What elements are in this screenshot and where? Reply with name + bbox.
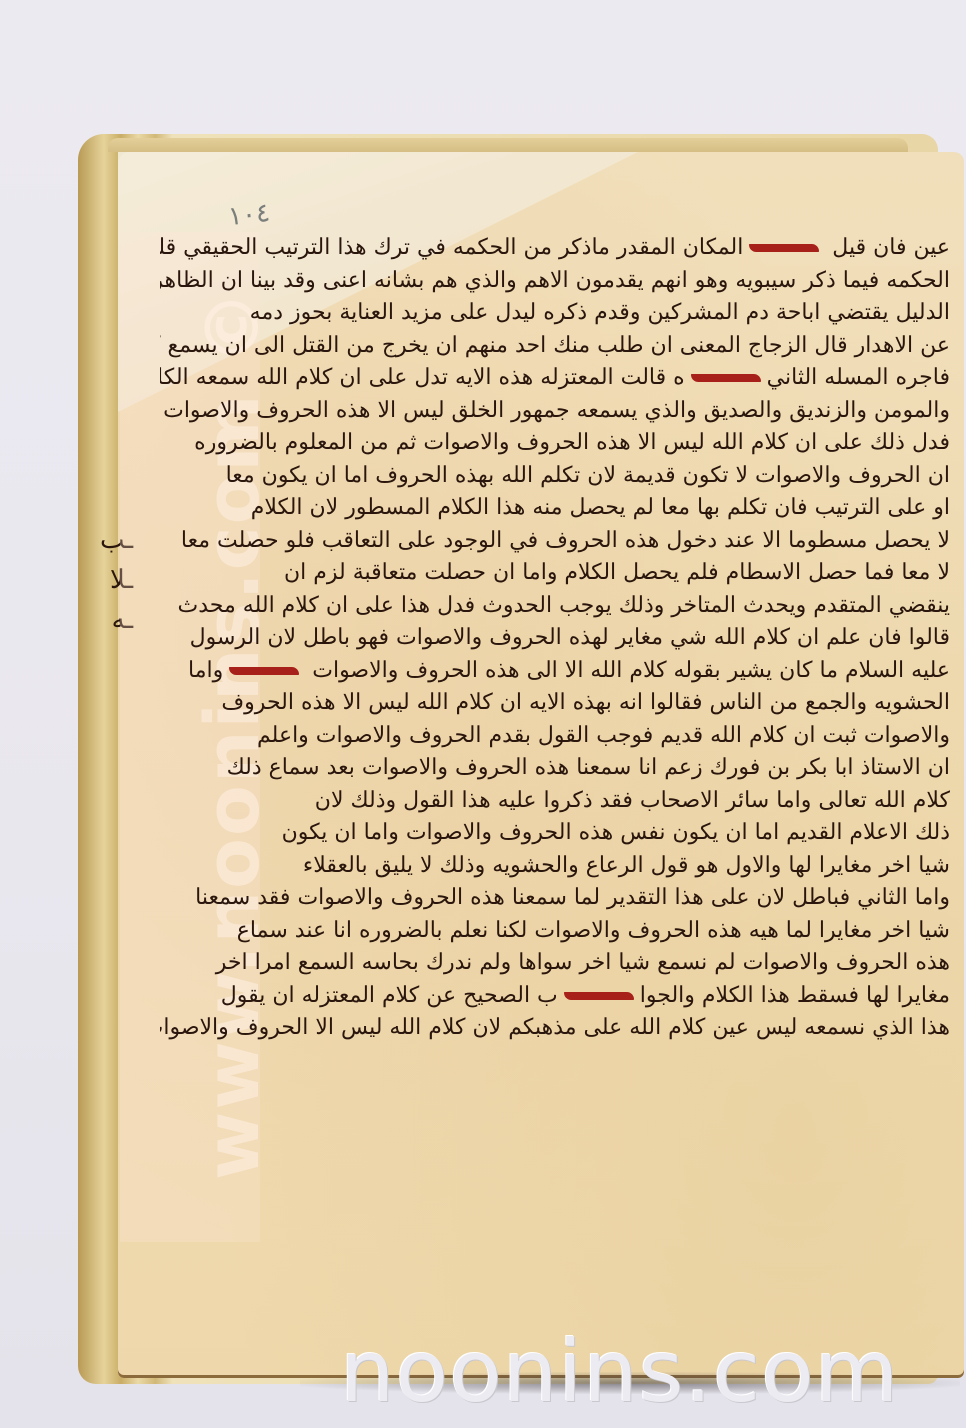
text-line: واما الثاني فباطل لان على هذا التقدير لم… <box>160 882 950 915</box>
red-rubric-stroke <box>691 374 761 382</box>
text-line: لا معا فما حصل الاسطام فلم يحصل الكلام و… <box>160 557 950 590</box>
text-line: مغايرا لها فسقط هذا الكلام والجواب الصحي… <box>160 980 950 1013</box>
text-line: عن الاهدار قال الزجاج المعنى ان طلب منك … <box>160 330 950 363</box>
text-line: ان الحروف والاصوات لا تكون قديمة لان تكل… <box>160 460 950 493</box>
red-rubric-stroke <box>749 244 819 252</box>
red-rubric-stroke <box>564 992 634 1000</box>
text-line: كلام الله تعالى واما سائر الاصحاب فقد ذك… <box>160 785 950 818</box>
red-rubric-stroke <box>229 667 299 675</box>
text-line: والمومن والزنديق والصديق والذي يسمعه جمه… <box>160 395 950 428</box>
text-line: لا يحصل مسطوما الا عند دخول هذه الحروف ف… <box>160 525 950 558</box>
text-line: الدليل يقتضي اباحة دم المشركين وقدم ذكره… <box>160 297 950 330</box>
text-line: قالوا فان علم ان كلام الله شي مغاير لهذه… <box>160 622 950 655</box>
text-line: هذا الذي نسمعه ليس عين كلام الله على مذه… <box>160 1012 950 1045</box>
text-line: الحكمه فيما ذكر سيبويه وهو انهم يقدمون ا… <box>160 265 950 298</box>
text-line: الحشويه والجمع من الناس فقالوا انه بهذه … <box>160 687 950 720</box>
text-line: عليه السلام ما كان يشير بقوله كلام الله … <box>160 655 950 688</box>
folio-number: ١٠٤ <box>227 198 272 232</box>
text-line: عين فان قيل المكان المقدر ماذكر من الحكم… <box>160 232 950 265</box>
text-line: والاصوات ثبت ان كلام الله قديم فوجب القو… <box>160 720 950 753</box>
text-line: ان الاستاذ ابا بكر بن فورك زعم انا سمعنا… <box>160 752 950 785</box>
text-line: ذلك الاعلام القديم اما ان يكون نفس هذه ا… <box>160 817 950 850</box>
text-line: او على الترتيب فان تكلم بها معا لم يحصل … <box>160 492 950 525</box>
text-line: فاجره المسله الثانيه قالت المعتزله هذه ا… <box>160 362 950 395</box>
manuscript-text: عين فان قيل المكان المقدر ماذكر من الحكم… <box>160 232 950 1045</box>
text-line: شيا اخر مغايرا لها والاول هو قول الرعاع … <box>160 850 950 883</box>
text-line: ينقضي المتقدم ويحدث المتاخر وذلك يوجب ال… <box>160 590 950 623</box>
text-line: شيا اخر مغايرا لما هيه هذه الحروف والاصو… <box>160 915 950 948</box>
text-line: فدل ذلك على ان كلام الله ليس الا هذه الح… <box>160 427 950 460</box>
top-page-edge <box>108 138 908 152</box>
text-line: هذه الحروف والاصوات لم نسمع شيا اخر سواه… <box>160 947 950 980</box>
watermark-bottom: noonins.com <box>340 1322 899 1422</box>
